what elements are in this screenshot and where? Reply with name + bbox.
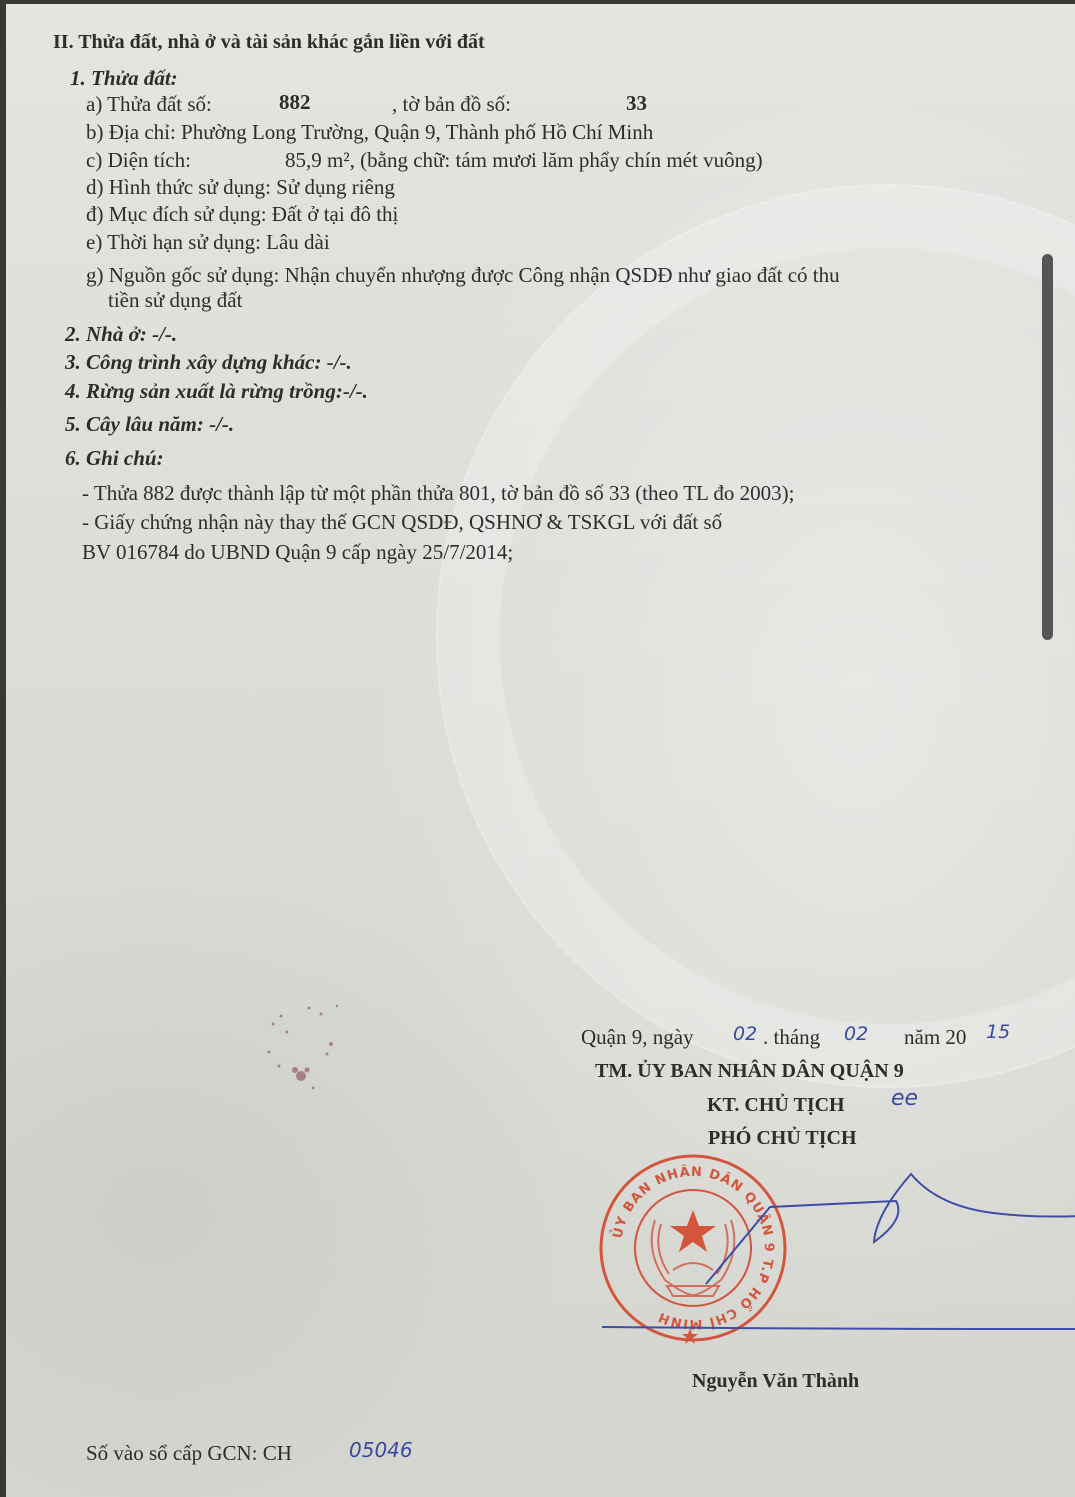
- usage-term: e) Thời hạn sử dụng: Lâu dài: [86, 232, 330, 253]
- origin-line-1: g) Nguồn gốc sử dụng: Nhận chuyển nhượng…: [86, 265, 840, 286]
- registry-number: 05046: [349, 1440, 413, 1460]
- registry-label: Số vào sổ cấp GCN: CH: [86, 1443, 292, 1464]
- parcel-label: a) Thửa đất số:: [86, 94, 212, 115]
- scrollbar-thumb[interactable]: [1042, 254, 1053, 640]
- signature-icon: [606, 1164, 1075, 1344]
- item-perennial: 5. Cây lâu năm: -/-.: [65, 414, 234, 435]
- map-number: 33: [626, 93, 647, 114]
- org-line: TM. ỦY BAN NHÂN DÂN QUẬN 9: [595, 1061, 904, 1081]
- certificate-page: II. Thửa đất, nhà ở và tài sản khác gắn …: [6, 4, 1075, 1497]
- address: b) Địa chỉ: Phường Long Trường, Quận 9, …: [86, 122, 653, 143]
- role-line-2: PHÓ CHỦ TỊCH: [708, 1128, 857, 1148]
- date-month-label: . tháng: [763, 1027, 820, 1048]
- note-3: BV 016784 do UBND Quận 9 cấp ngày 25/7/2…: [82, 542, 513, 563]
- area-label: c) Diện tích:: [86, 150, 191, 171]
- date-year-label: năm 20: [904, 1027, 966, 1048]
- date-prefix: Quận 9, ngày: [581, 1027, 694, 1048]
- note-1: - Thửa 882 được thành lập từ một phần th…: [82, 483, 794, 504]
- item-notes-title: 6. Ghi chú:: [65, 448, 164, 469]
- parcel-number: 882: [279, 92, 311, 113]
- watermark-emblem: [436, 184, 1075, 1088]
- land-title: 1. Thửa đất:: [70, 68, 178, 89]
- item-other-construction: 3. Công trình xây dựng khác: -/-.: [65, 352, 352, 373]
- item-house: 2. Nhà ở: -/-.: [65, 324, 177, 345]
- section-heading: II. Thửa đất, nhà ở và tài sản khác gắn …: [53, 32, 485, 52]
- signer-name: Nguyễn Văn Thành: [692, 1371, 859, 1391]
- date-year: 15: [986, 1023, 1010, 1042]
- usage-form: d) Hình thức sử dụng: Sử dụng riêng: [86, 177, 395, 198]
- date-month: 02: [844, 1025, 868, 1044]
- origin-line-2: tiền sử dụng đất: [108, 290, 242, 311]
- note-2: - Giấy chứng nhận này thay thế GCN QSDĐ,…: [82, 512, 722, 533]
- initials: ee: [891, 1088, 918, 1110]
- date-day: 02: [733, 1025, 757, 1044]
- area-value: 85,9 m², (bằng chữ: tám mươi lăm phẩy ch…: [285, 150, 763, 171]
- stain-mark: [261, 1004, 351, 1104]
- role-line-1: KT. CHỦ TỊCH: [707, 1095, 845, 1115]
- item-forest: 4. Rừng sản xuất là rừng trồng:-/-.: [65, 381, 368, 402]
- map-label: , tờ bản đồ số:: [392, 94, 511, 115]
- usage-purpose: đ) Mục đích sử dụng: Đất ở tại đô thị: [86, 204, 398, 225]
